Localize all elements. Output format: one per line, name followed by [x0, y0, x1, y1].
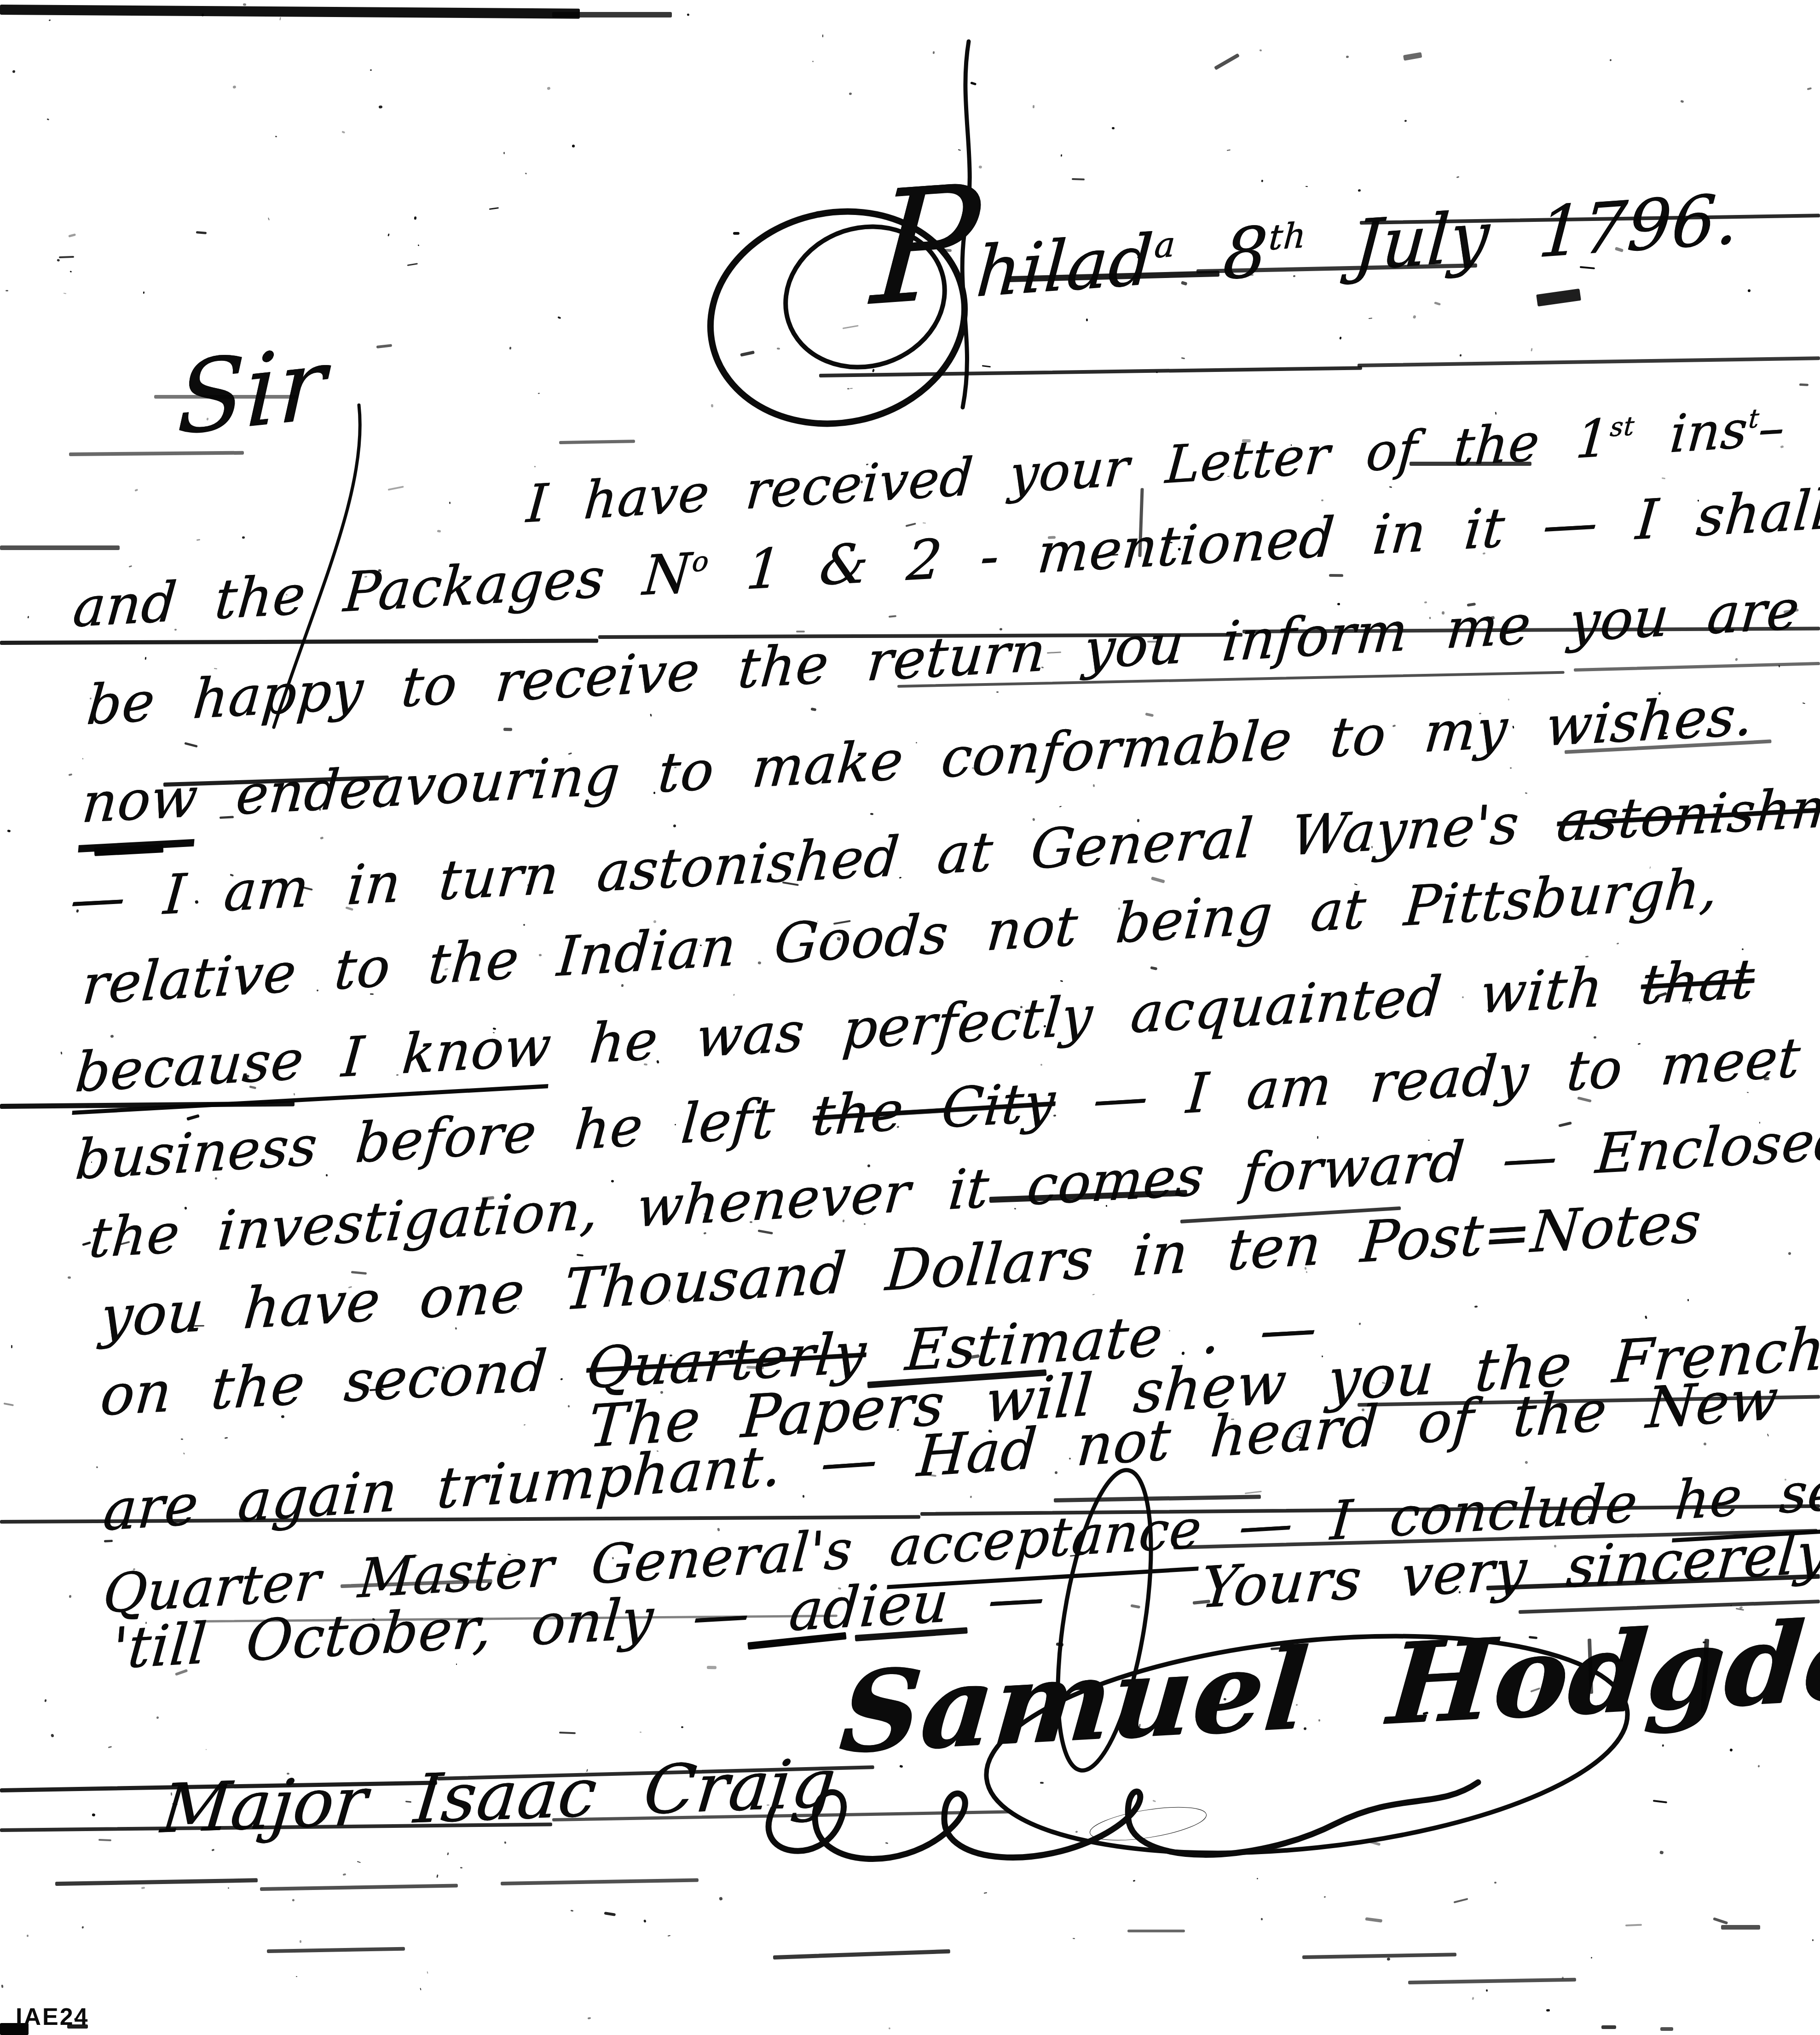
scan-artifact-line	[1302, 1953, 1456, 1959]
scan-speck	[1387, 1958, 1390, 1961]
text-segment: on the second	[98, 1335, 589, 1428]
scan-speck	[1807, 87, 1812, 90]
scan-speck	[1056, 1642, 1063, 1647]
scan-speck	[69, 271, 72, 272]
scan-artifact-line	[552, 12, 672, 17]
superscript: st	[1609, 411, 1636, 443]
scan-speck	[643, 1919, 646, 1923]
scan-speck	[1060, 154, 1062, 157]
scan-speck	[1147, 641, 1158, 643]
scan-speck	[96, 1466, 98, 1468]
scan-speck	[1472, 1997, 1474, 2000]
scan-speck	[1174, 649, 1177, 651]
scan-speck	[57, 259, 60, 261]
scan-artifact-line	[773, 1949, 950, 1960]
scan-speck	[1293, 275, 1295, 278]
scan-speck	[1486, 1989, 1488, 1992]
scan-speck	[1156, 371, 1158, 373]
scan-speck	[670, 1354, 672, 1357]
scan-speck	[50, 1734, 54, 1737]
scan-speck	[407, 263, 418, 266]
superscript: th	[1267, 215, 1307, 258]
scan-speck	[436, 1874, 439, 1878]
scan-artifact-line	[267, 1947, 405, 1953]
scan-speck	[504, 1841, 507, 1844]
scan-speck	[414, 216, 416, 220]
scan-speck	[870, 813, 873, 815]
scan-speck	[1106, 1205, 1108, 1207]
scan-speck	[27, 616, 29, 618]
scan-speck	[1306, 186, 1308, 187]
scan-speck	[1060, 980, 1063, 982]
dateline: Philada 8th July 1796.	[869, 179, 1742, 320]
scan-speck	[1346, 56, 1349, 58]
scan-speck	[447, 1852, 449, 1855]
scan-speck	[320, 836, 324, 840]
scan-speck	[1747, 1092, 1749, 1093]
scan-speck	[279, 17, 281, 20]
scan-speck	[503, 152, 505, 154]
text-segment: hilad	[974, 220, 1156, 313]
text-segment: now	[78, 765, 201, 852]
scan-speck	[1495, 412, 1497, 415]
scan-speck	[442, 1367, 444, 1369]
scan-speck	[225, 1437, 228, 1439]
scan-speck	[1474, 1305, 1478, 1307]
scan-speck	[6, 290, 8, 291]
scan-speck	[46, 118, 49, 120]
scan-speck	[1687, 1299, 1689, 1301]
scan-speck	[1151, 876, 1165, 883]
scan-speck	[667, 1935, 670, 1937]
scan-speck	[455, 1327, 457, 1330]
scan-speck	[905, 523, 916, 528]
scan-speck	[1764, 1077, 1769, 1080]
scan-speck	[1661, 477, 1665, 480]
scan-speck	[534, 466, 535, 467]
scan-speck	[134, 488, 139, 492]
scan-speck	[1317, 1136, 1318, 1139]
text-segment: because I know	[72, 1014, 554, 1115]
scan-speck	[803, 1495, 804, 1498]
scan-speck	[538, 953, 542, 956]
scan-speck	[12, 70, 16, 73]
scan-artifact-line	[1403, 52, 1422, 61]
scan-speck	[970, 1496, 972, 1498]
scan-speck	[523, 1424, 525, 1426]
scan-speck	[559, 1732, 576, 1734]
scan-speck	[650, 713, 652, 716]
scan-speck	[1784, 1478, 1786, 1481]
scan-speck	[1261, 1918, 1263, 1920]
scan-speck	[300, 1940, 301, 1943]
text-segment: the City	[810, 1070, 1057, 1148]
scan-speck	[538, 393, 540, 394]
scan-speck	[196, 539, 200, 541]
scan-speck	[243, 3, 246, 6]
superscript: o	[691, 545, 710, 578]
scan-speck	[889, 615, 897, 618]
scan-speck	[418, 244, 420, 246]
text-segment: that	[1639, 946, 1757, 1017]
scan-speck	[730, 1272, 731, 1274]
scan-speck	[1767, 1433, 1769, 1437]
scan-speck	[460, 1867, 462, 1868]
scan-speck	[281, 1415, 284, 1418]
scan-speck	[292, 1899, 295, 1902]
scan-speck	[866, 464, 868, 465]
scan-speck	[889, 2027, 891, 2029]
scan-speck	[44, 1699, 46, 1702]
scan-speck	[1591, 1957, 1593, 1958]
scan-artifact-line	[1358, 356, 1820, 367]
scan-speck	[60, 1051, 62, 1054]
scan-speck	[812, 61, 814, 62]
scan-speck	[1321, 499, 1323, 501]
scan-speck	[1369, 318, 1372, 319]
scan-speck	[206, 1749, 207, 1750]
scan-speck	[558, 316, 561, 319]
scan-speck	[1429, 617, 1431, 619]
scan-speck	[1168, 1330, 1170, 1331]
scan-speck	[489, 207, 499, 210]
text-segment: –	[1756, 397, 1787, 459]
scan-speck	[1778, 665, 1780, 668]
scan-speck	[621, 984, 624, 987]
scan-speck	[849, 93, 852, 95]
scan-speck	[503, 728, 512, 731]
scan-speck	[1020, 1006, 1023, 1009]
scan-speck	[733, 232, 740, 235]
scan-speck	[1150, 966, 1157, 970]
scan-speck	[1112, 127, 1115, 129]
scanned-letter-page: Philada 8th July 1796.SirI have received…	[0, 0, 1820, 2035]
scan-speck	[587, 2017, 590, 2019]
scan-speck	[1139, 1724, 1140, 1727]
scan-artifact-line	[501, 1878, 699, 1885]
scan-speck	[1040, 1782, 1044, 1784]
scan-speck	[1137, 257, 1138, 259]
scan-speck	[1434, 302, 1441, 306]
scan-speck	[1052, 922, 1053, 925]
attribution: Major Isaac Craig	[158, 1744, 840, 1849]
scan-speck	[296, 1976, 297, 1977]
scan-speck	[1462, 996, 1464, 998]
scan-speck	[1092, 1293, 1095, 1295]
scan-speck	[810, 707, 816, 711]
scan-artifact-line	[1660, 2027, 1673, 2031]
scan-speck	[1803, 702, 1805, 704]
scan-artifact-line	[0, 545, 120, 550]
scan-artifact-line	[55, 1878, 258, 1886]
scan-speck	[1329, 574, 1343, 577]
scan-speck	[456, 979, 459, 982]
scan-speck	[1729, 1749, 1733, 1752]
scan-speck	[68, 1276, 71, 1279]
scan-speck	[59, 256, 74, 258]
scan-speck	[98, 1839, 112, 1841]
scan-speck	[1757, 1765, 1760, 1768]
scan-speck	[319, 808, 320, 811]
scan-speck	[1681, 100, 1684, 103]
scan-speck	[1525, 1461, 1528, 1464]
scan-speck	[1073, 1938, 1075, 1939]
scan-artifact-line	[0, 5, 580, 19]
scan-speck	[396, 1074, 398, 1076]
text-segment: astonishment	[1554, 770, 1820, 854]
scan-speck	[1662, 1744, 1664, 1746]
scan-speck	[1358, 1322, 1361, 1325]
scan-speck	[509, 347, 511, 350]
scan-speck	[357, 1861, 360, 1863]
scan-speck	[174, 629, 177, 631]
scan-speck	[1617, 942, 1619, 944]
scan-speck	[69, 233, 76, 238]
scan-artifact-line	[1574, 662, 1820, 672]
scan-speck	[376, 344, 392, 349]
scan-artifact-line	[1601, 2025, 1616, 2029]
scan-speck	[1242, 439, 1251, 442]
scan-speck	[1659, 1850, 1664, 1854]
scan-speck	[370, 69, 372, 71]
scan-speck	[571, 1910, 573, 1912]
scan-speck	[604, 1912, 616, 1916]
scan-speck	[1059, 806, 1062, 807]
scan-speck	[1413, 315, 1416, 319]
scan-speck	[11, 1345, 12, 1348]
scan-speck	[185, 1206, 187, 1209]
scan-speck	[711, 404, 713, 407]
scan-speck	[170, 1792, 172, 1796]
scan-speck	[186, 1114, 200, 1120]
scan-speck	[69, 1595, 72, 1598]
scan-artifact-line	[559, 440, 635, 444]
scan-speck	[1454, 1898, 1468, 1903]
scan-speck	[1040, 1064, 1042, 1066]
scan-speck	[414, 1554, 417, 1556]
scan-speck	[145, 657, 147, 660]
scan-speck	[1261, 180, 1264, 182]
scan-speck	[1735, 658, 1738, 661]
scan-speck	[108, 1746, 112, 1748]
scan-speck	[1358, 189, 1361, 192]
scan-speck	[181, 1438, 183, 1440]
scan-artifact-line	[260, 1884, 458, 1891]
scan-speck	[1227, 475, 1230, 476]
scan-speck	[232, 85, 236, 88]
scan-speck	[1812, 1939, 1814, 1941]
text-segment: ins	[1631, 400, 1750, 467]
scan-artifact-line	[1536, 289, 1581, 307]
scan-artifact-line	[1408, 1978, 1576, 1984]
scan-speck	[128, 565, 132, 568]
text-segment: P	[867, 151, 985, 341]
scan-speck	[673, 824, 676, 828]
scan-speck	[1086, 319, 1088, 321]
scan-speck	[668, 1299, 670, 1302]
scan-speck	[1799, 383, 1808, 386]
scan-speck	[568, 1405, 570, 1408]
scan-speck	[91, 1161, 92, 1163]
scan-speck	[1531, 348, 1532, 351]
scan-speck	[387, 233, 390, 237]
scan-speck	[734, 994, 735, 996]
scan-speck	[341, 131, 345, 133]
scan-speck	[1259, 49, 1262, 52]
scan-speck	[378, 105, 382, 109]
scan-speck	[1181, 357, 1185, 359]
scan-speck	[86, 1106, 89, 1108]
scan-speck	[110, 1035, 114, 1038]
scan-speck	[1703, 1641, 1706, 1643]
scan-artifact-line	[1214, 53, 1240, 70]
scan-speck	[1546, 2009, 1549, 2012]
scan-speck	[228, 1887, 230, 1889]
scan-speck	[1339, 336, 1341, 340]
scan-speck	[1510, 767, 1512, 769]
scan-speck	[4, 1403, 14, 1406]
scan-speck	[370, 993, 374, 995]
scan-speck	[1428, 1140, 1430, 1141]
scan-speck	[640, 1732, 641, 1733]
scan-speck	[82, 758, 83, 760]
scan-speck	[1704, 1443, 1706, 1445]
scan-speck	[1033, 105, 1034, 108]
scan-speck	[427, 1971, 428, 1974]
scan-speck	[437, 530, 440, 533]
scan-speck	[1512, 726, 1514, 729]
scan-speck	[719, 1896, 723, 1900]
scan-speck	[27, 1935, 29, 1937]
scan-speck	[69, 773, 73, 776]
scan-speck	[1519, 1683, 1520, 1686]
scan-speck	[1609, 59, 1612, 62]
scan-speck	[242, 536, 245, 539]
scan-speck	[1748, 289, 1751, 292]
scan-speck	[681, 1726, 683, 1728]
scan-speck	[687, 13, 690, 16]
scan-speck	[996, 691, 999, 693]
scan-speck	[707, 1666, 716, 1669]
scan-speck	[1092, 784, 1094, 787]
scan-speck	[212, 1849, 215, 1851]
text-segment: July 1796.	[1302, 179, 1742, 290]
scan-speck	[1788, 1252, 1791, 1255]
scan-speck	[183, 1453, 185, 1455]
text-segment: Major Isaac Craig	[158, 1744, 840, 1849]
scan-artifact-line	[1721, 1925, 1760, 1930]
scan-speck	[822, 35, 823, 37]
scan-speck	[317, 989, 319, 991]
scan-speck	[547, 87, 551, 90]
scan-speck	[572, 145, 575, 148]
scan-speck	[923, 522, 926, 524]
scan-speck	[1742, 948, 1744, 950]
scan-speck	[1044, 1025, 1046, 1027]
scan-speck	[1713, 1917, 1728, 1925]
scan-speck	[861, 481, 863, 483]
scan-speck	[525, 173, 527, 174]
scan-speck	[1365, 1917, 1382, 1923]
scan-speck	[1389, 486, 1392, 488]
text-segment: Sir	[175, 325, 328, 457]
scan-speck	[156, 1716, 159, 1719]
scan-speck	[1227, 150, 1231, 151]
scan-speck	[1072, 178, 1085, 180]
scan-speck	[1170, 542, 1173, 543]
scan-speck	[184, 742, 198, 748]
scan-speck	[7, 829, 11, 832]
scan-speck	[342, 1873, 346, 1876]
scan-speck	[141, 1887, 145, 1889]
scan-artifact-line	[154, 395, 297, 399]
scan-speck	[449, 502, 450, 504]
scan-speck	[1, 1984, 3, 1988]
scan-speck	[796, 631, 805, 632]
scan-speck	[523, 924, 525, 926]
scan-speck	[275, 136, 277, 137]
archive-corner-mark: IAE24	[16, 2003, 89, 2031]
scan-speck	[1404, 120, 1407, 122]
scan-speck	[145, 1622, 147, 1624]
text-segment: 8	[1172, 212, 1271, 299]
scan-speck	[420, 1988, 422, 1990]
scan-speck	[143, 291, 145, 294]
scan-speck	[1644, 1316, 1647, 1319]
scan-artifact-line	[69, 451, 244, 456]
scan-speck	[1250, 274, 1254, 276]
scan-speck	[64, 293, 66, 294]
scan-speck	[456, 1664, 457, 1665]
scan-speck	[1441, 611, 1444, 615]
scan-speck	[268, 217, 270, 220]
scan-speck	[196, 231, 206, 234]
scan-speck	[92, 1813, 95, 1816]
scan-artifact-line	[1127, 1930, 1185, 1932]
salutation: Sir	[175, 325, 328, 457]
scan-speck	[82, 1926, 85, 1929]
scan-speck	[932, 51, 934, 54]
scan-speck	[1625, 1924, 1642, 1926]
scan-speck	[49, 19, 51, 21]
scan-artifact-line	[1410, 462, 1531, 466]
scan-speck	[1456, 176, 1459, 178]
superscript: a	[1153, 224, 1177, 266]
scan-speck	[1459, 354, 1462, 357]
